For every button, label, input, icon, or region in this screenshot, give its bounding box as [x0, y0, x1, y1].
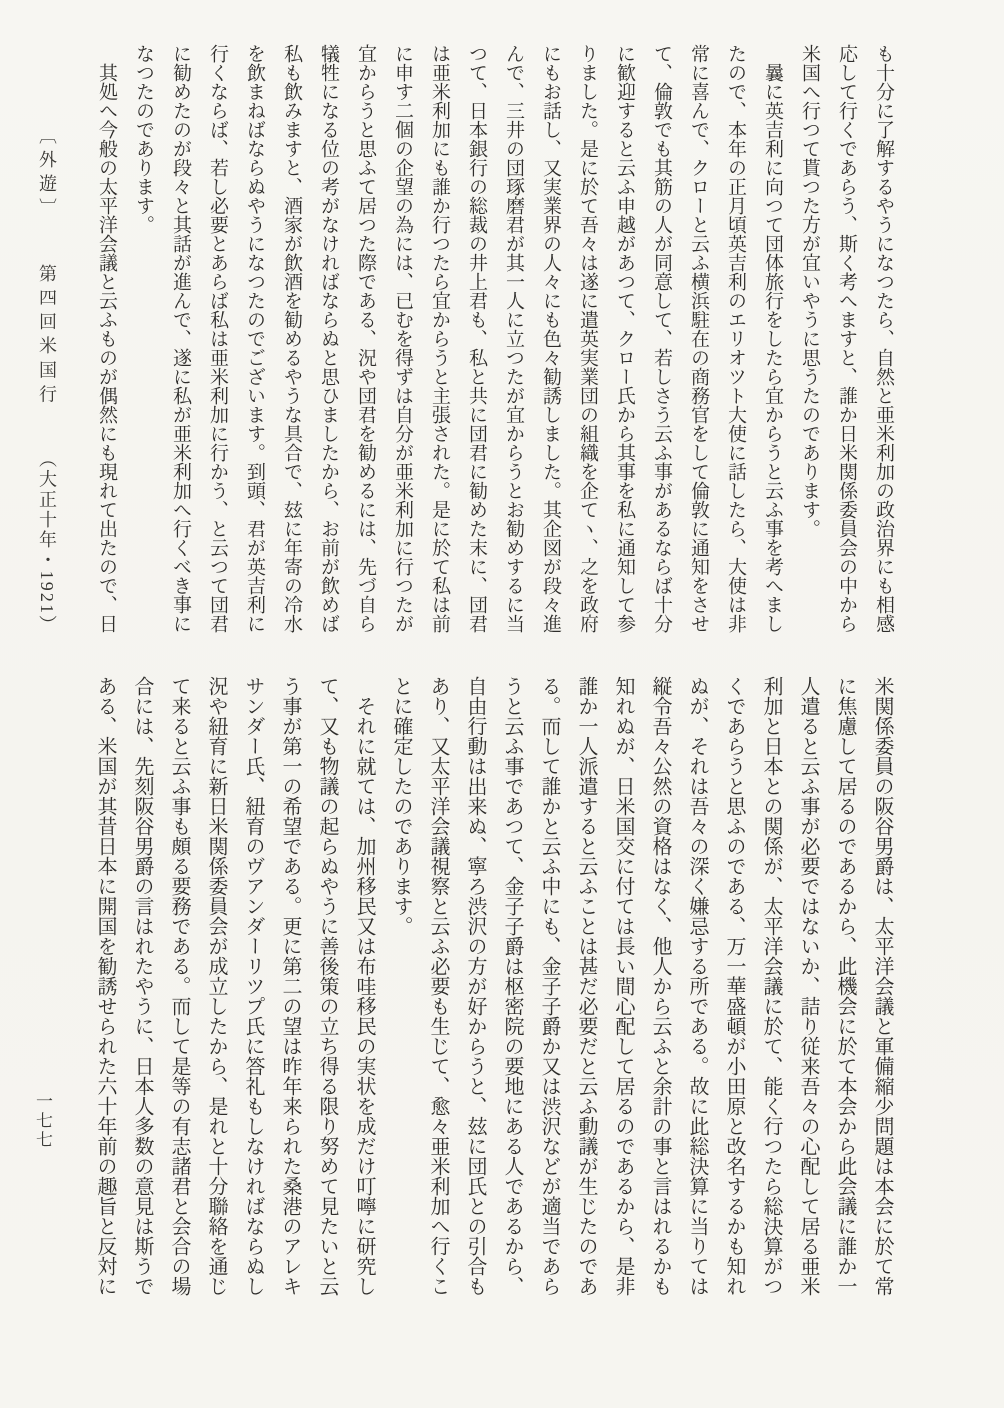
- section-category-label: 〔外遊〕: [37, 126, 57, 222]
- top-text-block: も十分に了解するやうになつたら、自然と亜米利加の政治界にも相感応して行くであらう…: [88, 44, 902, 640]
- section-title: 第四回米国行: [37, 264, 57, 409]
- bottom-text-block: 米関係委員の阪谷男爵は、太平洋会議と軍備縮少問題は本会に於て常に焦慮して居るので…: [86, 676, 900, 1306]
- paragraph: 曩に英吉利に向つて団体旅行をしたら宜からうと云ふ事を考へましたので、本年の正月頃…: [125, 44, 791, 640]
- paragraph: 其処へ今般の太平洋会議と云ふものが偶然にも現れて出たので、日: [88, 44, 125, 640]
- scanned-book-page: { "section_header": { "category": "〔外遊〕"…: [0, 0, 1004, 1408]
- section-header: 〔外遊〕 第四回米国行 （大正十年・1921）: [34, 126, 60, 646]
- paragraph-continuation: も十分に了解するやうになつたら、自然と亜米利加の政治界にも相感応して行くであらう…: [791, 44, 902, 640]
- paragraph: それに就ては、加州移民又は布哇移民の実状を成だけ叮嚀に研究して、又も物議の起らぬ…: [86, 676, 382, 1306]
- section-date: （大正十年・1921）: [37, 450, 57, 636]
- page-number: 一七七: [30, 1092, 55, 1212]
- paragraph-continuation: 米関係委員の阪谷男爵は、太平洋会議と軍備縮少問題は本会に於て常に焦慮して居るので…: [382, 676, 900, 1306]
